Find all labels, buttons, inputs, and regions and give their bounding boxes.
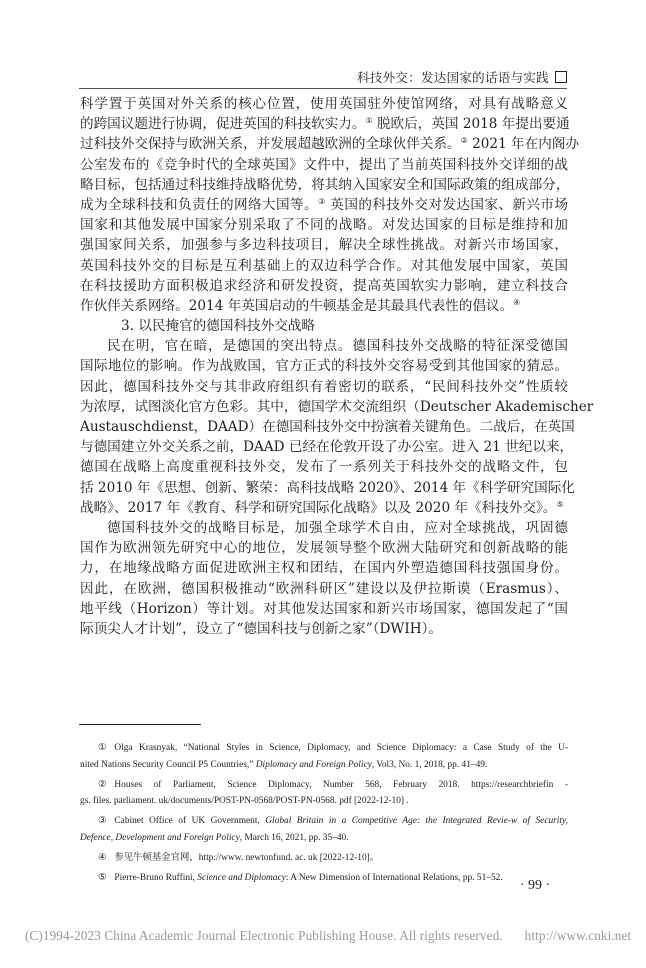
paragraph-germany-goals: 德国科技外交的战略目标是，加强全球学术自由，应对全球挑战，巩固德 国作为欧洲领先… bbox=[80, 518, 568, 639]
text-line: 为浓厚，试图淡化官方色彩。其中，德国学术交流组织（Deutscher Akade… bbox=[80, 397, 568, 417]
text-segment: 作伙伴关系网络。2014 年英国启动的牛顿基金是其最具代表性的倡议。 bbox=[80, 298, 513, 314]
text-line: 国作为欧洲领先研究中心的地位，发展领导整个欧洲大陆研究和创新战略的能 bbox=[80, 538, 568, 558]
footnote-number: ① bbox=[98, 740, 106, 757]
text-line: 成为全球科技和负责任的网络大国等。③ 英国的科技外交对发达国家、新兴市场 bbox=[80, 195, 568, 215]
footnote-line: ③Cabinet Office of UK Government, Global… bbox=[80, 813, 568, 830]
footnote-4: ④参见牛顿基金官网，http://www. newtonfund. ac. uk… bbox=[80, 850, 568, 867]
footnote-document-title: Defence, Development and Foreign Policy bbox=[80, 833, 240, 843]
text-segment: 脱欧后，英国 2018 年提出要通 bbox=[373, 116, 570, 132]
running-title: 科技外交：发达国家的话语与实践 bbox=[357, 68, 567, 86]
text-line: 与德国建立外交关系之前，DAAD 已经在伦敦开设了办公室。进入 21 世纪以来， bbox=[80, 437, 568, 457]
footnote-text: , Vol3, No. 1, 2018, pp. 41–49. bbox=[372, 760, 488, 770]
footnote-text: nited Nations Security Council P5 Countr… bbox=[80, 760, 253, 770]
text-line: 德国科技外交的战略目标是，加强全球学术自由，应对全球挑战，巩固德 bbox=[80, 518, 568, 538]
footnote-text: Pierre-Bruno Ruffini, bbox=[114, 873, 197, 883]
text-line: 力，在地缘战略方面促进欧洲主权和团结，在国内外塑造德国科技强国身份。 bbox=[80, 558, 568, 578]
footnote-link[interactable]: Houses of Parliament, Science Diplomacy,… bbox=[114, 780, 568, 790]
text-line: Austauschdienst，DAAD）在德国科技外交中扮演着关键角色。二战后… bbox=[80, 417, 568, 437]
text-line: 民在明，官在暗，是德国的突出特点。德国科技外交战略的特征深受德国 bbox=[80, 336, 568, 356]
text-line: 战略》、2017 年《教育、科学和研究国际化战略》以及 2020 年《科技外交》… bbox=[80, 498, 568, 518]
footnote-ref-2[interactable]: ② bbox=[461, 136, 468, 145]
footnote-1: ①Olga Krasnyak, “National Styles in Scie… bbox=[80, 740, 568, 773]
footnote-line: ①Olga Krasnyak, “National Styles in Scie… bbox=[80, 740, 568, 757]
text-line: 过科技外交保持与欧洲关系，并发展超越欧洲的全球伙伴关系。② 2021 年在内阁办 bbox=[80, 134, 568, 154]
footnote-separator bbox=[79, 724, 201, 725]
footnote-line: nited Nations Security Council P5 Countr… bbox=[80, 757, 568, 774]
footnote-text: Olga Krasnyak, “National Styles in Scien… bbox=[114, 743, 568, 753]
footnote-ref-4[interactable]: ④ bbox=[513, 298, 520, 307]
footnote-text: , March 16, 2021, pp. 35–40. bbox=[240, 833, 349, 843]
paragraph-germany-intro: 民在明，官在暗，是德国的突出特点。德国科技外交战略的特征深受德国 国际地位的影响… bbox=[80, 336, 568, 518]
text-line: 际顶尖人才计划”，设立了“德国科技与创新之家”（DWIH）。 bbox=[80, 619, 568, 639]
page-header: 科技外交：发达国家的话语与实践 bbox=[79, 66, 567, 89]
footnote-book-title: Science and Diplomacy bbox=[197, 873, 286, 883]
section-heading: 3. 以民掩官的德国科技外交战略 bbox=[80, 316, 568, 336]
body-text: 科学置于英国对外关系的核心位置，使用英国驻外使馆网络，对具有战略意义 的跨国议题… bbox=[80, 94, 568, 639]
footnote-line[interactable]: gs. files. parliament. uk/documents/POST… bbox=[80, 793, 568, 810]
footnote-ref-5[interactable]: ⑤ bbox=[556, 500, 563, 509]
text-segment: 英国的科技外交对发达国家、新兴市场 bbox=[326, 197, 568, 213]
text-line: 强国家间关系，加强参与多边科技项目，解决全球性挑战。对新兴市场国家， bbox=[80, 235, 568, 255]
text-line: 的跨国议题进行协调，促进英国的科技软实力。① 脱欧后，英国 2018 年提出要通 bbox=[80, 114, 568, 134]
footnote-document-title: Global Britain in a Competitive Age: the… bbox=[265, 816, 568, 826]
text-line: 因此，在欧洲，德国积极推动“欧洲科研区”建设以及伊拉斯谟（Erasmus）、 bbox=[80, 579, 568, 599]
footnote-line: Defence, Development and Foreign Policy,… bbox=[80, 830, 568, 847]
copyright-notice: (C)1994-2023 China Academic Journal Elec… bbox=[25, 928, 631, 944]
text-line: 国际地位的影响。作为战败国，官方正式的科技外交容易受到其他国家的猜忌。 bbox=[80, 356, 568, 376]
text-segment: 成为全球科技和负责任的网络大国等。 bbox=[80, 197, 318, 213]
text-line: 地平线（Horizon）等计划。对其他发达国家和新兴市场国家，德国发起了“国 bbox=[80, 599, 568, 619]
copyright-text: (C)1994-2023 China Academic Journal Elec… bbox=[25, 928, 503, 943]
text-segment: 2021 年在内阁办 bbox=[468, 136, 579, 152]
footnote-text: : A New Dimension of International Relat… bbox=[286, 873, 503, 883]
footnote-2: ②Houses of Parliament, Science Diplomacy… bbox=[80, 777, 568, 810]
text-line: 英国科技外交的目标是互利基础上的双边科学合作。对其他发展中国家，英国 bbox=[80, 256, 568, 276]
text-line: 在科技援助方面积极追求经济和研发投资，提高英国软实力影响，建立科技合 bbox=[80, 276, 568, 296]
page-number: · 99 · bbox=[510, 878, 560, 894]
text-line: 科学置于英国对外关系的核心位置，使用英国驻外使馆网络，对具有战略意义 bbox=[80, 94, 568, 114]
footnote-journal-title: Diplomacy and Foreign Policy bbox=[256, 760, 372, 770]
paragraph-uk-strategy: 科学置于英国对外关系的核心位置，使用英国驻外使馆网络，对具有战略意义 的跨国议题… bbox=[80, 94, 568, 316]
text-line: 国家和其他发展中国家分别采取了不同的战略。对发达国家的目标是维持和加 bbox=[80, 215, 568, 235]
text-line: 因此，德国科技外交与其非政府组织有着密切的联系，“民间科技外交”性质较 bbox=[80, 377, 568, 397]
footnote-ref-3[interactable]: ③ bbox=[318, 197, 326, 206]
footnote-number: ③ bbox=[98, 813, 106, 830]
footnote-number: ⑤ bbox=[98, 870, 106, 887]
text-line: 公室发布的《竞争时代的全球英国》文件中，提出了当前英国科技外交详细的战 bbox=[80, 155, 568, 175]
footnote-text: Cabinet Office of UK Government, bbox=[114, 816, 265, 826]
footnote-number: ② bbox=[98, 777, 106, 794]
footnote-line: ④参见牛顿基金官网，http://www. newtonfund. ac. uk… bbox=[80, 850, 568, 867]
copyright-url[interactable]: http://www.cnki.net bbox=[525, 928, 632, 943]
footnote-line: ⑤Pierre-Bruno Ruffini, Science and Diplo… bbox=[80, 870, 568, 887]
square-icon bbox=[555, 71, 567, 83]
text-line: 略目标，包括通过科技维持战略优势，将其纳入国家安全和国际政策的组成部分， bbox=[80, 175, 568, 195]
footnote-5: ⑤Pierre-Bruno Ruffini, Science and Diplo… bbox=[80, 870, 568, 887]
text-line: 括 2010 年《思想、创新、繁荣：高科技战略 2020》、2014 年《科学研… bbox=[80, 478, 568, 498]
text-segment: 的跨国议题进行协调，促进英国的科技软实力。 bbox=[80, 116, 365, 132]
footnote-ref-1[interactable]: ① bbox=[365, 116, 372, 125]
footnote-link[interactable]: 参见牛顿基金官网，http://www. newtonfund. ac. uk … bbox=[114, 853, 379, 863]
footnotes: ①Olga Krasnyak, “National Styles in Scie… bbox=[80, 740, 568, 890]
text-segment: 过科技外交保持与欧洲关系，并发展超越欧洲的全球伙伴关系。 bbox=[80, 136, 461, 152]
running-title-text: 科技外交：发达国家的话语与实践 bbox=[357, 70, 549, 85]
text-line: 作伙伴关系网络。2014 年英国启动的牛顿基金是其最具代表性的倡议。④ bbox=[80, 296, 568, 316]
footnote-number: ④ bbox=[98, 850, 106, 867]
text-line: 德国在战略上高度重视科技外交，发布了一系列关于科技外交的战略文件，包 bbox=[80, 457, 568, 477]
footnote-3: ③Cabinet Office of UK Government, Global… bbox=[80, 813, 568, 846]
footnote-line: ②Houses of Parliament, Science Diplomacy… bbox=[80, 777, 568, 794]
text-segment: 战略》、2017 年《教育、科学和研究国际化战略》以及 2020 年《科技外交》… bbox=[80, 500, 556, 516]
